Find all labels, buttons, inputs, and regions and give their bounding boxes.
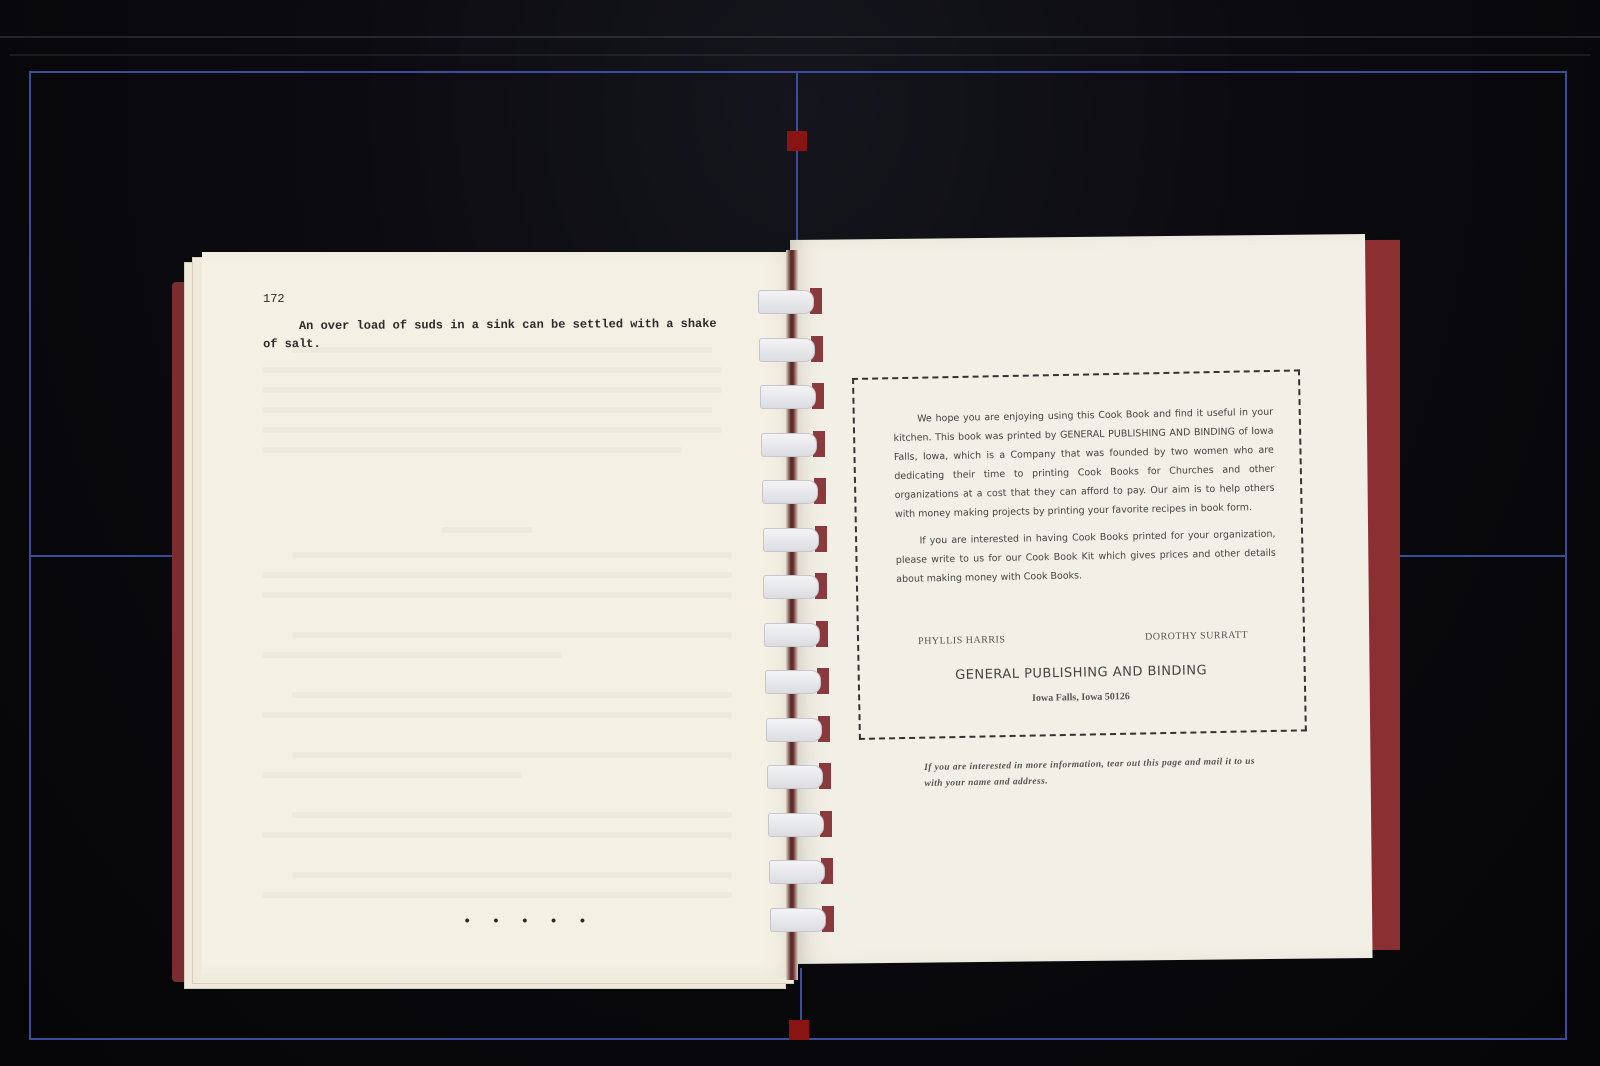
scanner-background: 172 An over load of suds in a sink can b… bbox=[0, 0, 1600, 1066]
scan-artifact bbox=[10, 54, 1590, 56]
binding-ring bbox=[760, 385, 816, 409]
section-end-dots: • • • • • bbox=[463, 914, 593, 930]
crosshair-bottom bbox=[800, 968, 802, 1028]
crosshair-left bbox=[31, 555, 183, 557]
binding-ring bbox=[762, 480, 818, 504]
crosshair-right bbox=[1395, 555, 1567, 557]
coupon-body: We hope you are enjoying using this Cook… bbox=[893, 403, 1277, 597]
binding-ring bbox=[763, 528, 819, 552]
binding-ring bbox=[764, 623, 820, 647]
registration-mark-bottom bbox=[789, 1020, 809, 1040]
page-number: 172 bbox=[263, 292, 285, 306]
coupon-paragraph-2: If you are interested in having Cook Boo… bbox=[895, 525, 1276, 589]
binding-ring bbox=[769, 860, 825, 884]
left-page bbox=[202, 252, 797, 977]
coupon-paragraph-1: We hope you are enjoying using this Cook… bbox=[893, 403, 1275, 524]
company-address: Iowa Falls, Iowa 50126 bbox=[1032, 691, 1130, 704]
binding-ring bbox=[767, 765, 823, 789]
binding-ring bbox=[770, 908, 826, 932]
binding-ring bbox=[763, 575, 819, 599]
scan-artifact bbox=[0, 36, 1600, 38]
binding-ring bbox=[766, 718, 822, 742]
binding-ring bbox=[761, 433, 817, 457]
binding-ring bbox=[765, 670, 821, 694]
binding-ring bbox=[768, 813, 824, 837]
founder-name: DOROTHY SURRATT bbox=[1145, 630, 1248, 643]
binding-ring bbox=[759, 338, 815, 362]
tear-out-note: If you are interested in more informatio… bbox=[924, 753, 1265, 792]
binding-ring bbox=[758, 290, 814, 314]
crosshair-top bbox=[796, 73, 798, 251]
registration-mark-top bbox=[787, 131, 807, 151]
founder-name: PHYLLIS HARRIS bbox=[918, 634, 1005, 647]
household-tip: An over load of suds in a sink can be se… bbox=[263, 315, 733, 353]
